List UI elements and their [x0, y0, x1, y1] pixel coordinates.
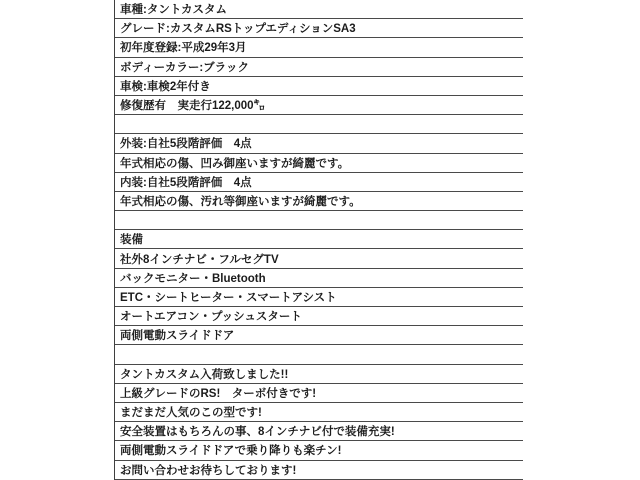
row-inspection-text: 車検:車検2年付き: [120, 78, 211, 94]
row-first-registration-text: 初年度登録:平成29年3月: [120, 39, 247, 55]
row-grade: グレード:カスタムRSトップエディションSA3: [115, 19, 523, 38]
row-equip-power-slide-doors-text: 両側電動スライドドア: [120, 327, 234, 343]
row-promo-slidedoor-easy: 両側電動スライドドアで乗り降りも楽チン!: [115, 441, 523, 460]
row-body-color-text: ボディーカラー:ブラック: [120, 59, 249, 75]
spacer-row: [115, 211, 523, 230]
row-promo-contact-text: お問い合わせお待ちしております!: [120, 462, 296, 478]
row-promo-popular-text: まだまだ人気のこの型です!: [120, 404, 262, 420]
row-promo-grade-turbo-text: 上級グレードのRS! ターボ付きです!: [120, 385, 316, 401]
row-promo-arrival-text: タントカスタム入荷致しました!!: [120, 366, 288, 382]
row-interior-note-text: 年式相応の傷、汚れ等御座いますが綺麗です。: [120, 193, 361, 209]
row-exterior-rating: 外装:自社5段階評価 4点: [115, 134, 523, 153]
row-body-color: ボディーカラー:ブラック: [115, 58, 523, 77]
row-equip-navi-tv: 社外8インチナビ・フルセグTV: [115, 249, 523, 268]
row-repair-mileage: 修復歴有 実走行122,000㌔: [115, 96, 523, 115]
row-equipment-header: 装備: [115, 230, 523, 249]
row-repair-mileage-text: 修復歴有 実走行122,000㌔: [120, 97, 265, 113]
row-equipment-header-text: 装備: [120, 231, 143, 247]
row-equip-backmonitor-bluetooth: バックモニター・Bluetooth: [115, 269, 523, 288]
row-promo-safety-navi: 安全装置はもちろんの事、8インチナビ付で装備充実!: [115, 422, 523, 441]
row-equip-backmonitor-bluetooth-text: バックモニター・Bluetooth: [120, 270, 266, 286]
row-promo-arrival: タントカスタム入荷致しました!!: [115, 365, 523, 384]
row-equip-autoaircon-pushstart-text: オートエアコン・プッシュスタート: [120, 308, 302, 324]
row-exterior-note: 年式相応の傷、凹み御座いますが綺麗です。: [115, 154, 523, 173]
row-promo-grade-turbo: 上級グレードのRS! ターボ付きです!: [115, 384, 523, 403]
row-equip-navi-tv-text: 社外8インチナビ・フルセグTV: [120, 251, 279, 267]
row-interior-note: 年式相応の傷、汚れ等御座いますが綺麗です。: [115, 192, 523, 211]
row-equip-autoaircon-pushstart: オートエアコン・プッシュスタート: [115, 307, 523, 326]
row-interior-rating: 内装:自社5段階評価 4点: [115, 173, 523, 192]
row-model: 車種:タントカスタム: [115, 0, 523, 19]
row-promo-popular: まだまだ人気のこの型です!: [115, 403, 523, 422]
row-equip-etc-seatheater-smartassist-text: ETC・シートヒーター・スマートアシスト: [120, 289, 337, 305]
row-exterior-note-text: 年式相応の傷、凹み御座いますが綺麗です。: [120, 155, 349, 171]
row-inspection: 車検:車検2年付き: [115, 77, 523, 96]
row-exterior-rating-text: 外装:自社5段階評価 4点: [120, 135, 252, 151]
row-interior-rating-text: 内装:自社5段階評価 4点: [120, 174, 252, 190]
row-equip-power-slide-doors: 両側電動スライドドア: [115, 326, 523, 345]
row-promo-contact: お問い合わせお待ちしております!: [115, 461, 523, 480]
row-first-registration: 初年度登録:平成29年3月: [115, 38, 523, 57]
row-equip-etc-seatheater-smartassist: ETC・シートヒーター・スマートアシスト: [115, 288, 523, 307]
row-promo-slidedoor-easy-text: 両側電動スライドドアで乗り降りも楽チン!: [120, 442, 341, 458]
row-grade-text: グレード:カスタムRSトップエディションSA3: [120, 20, 356, 36]
spacer-row: [115, 115, 523, 134]
row-model-text: 車種:タントカスタム: [120, 1, 227, 17]
spacer-row: [115, 345, 523, 364]
vehicle-info-table: 車種:タントカスタム グレード:カスタムRSトップエディションSA3 初年度登録…: [114, 0, 523, 480]
row-promo-safety-navi-text: 安全装置はもちろんの事、8インチナビ付で装備充実!: [120, 423, 395, 439]
